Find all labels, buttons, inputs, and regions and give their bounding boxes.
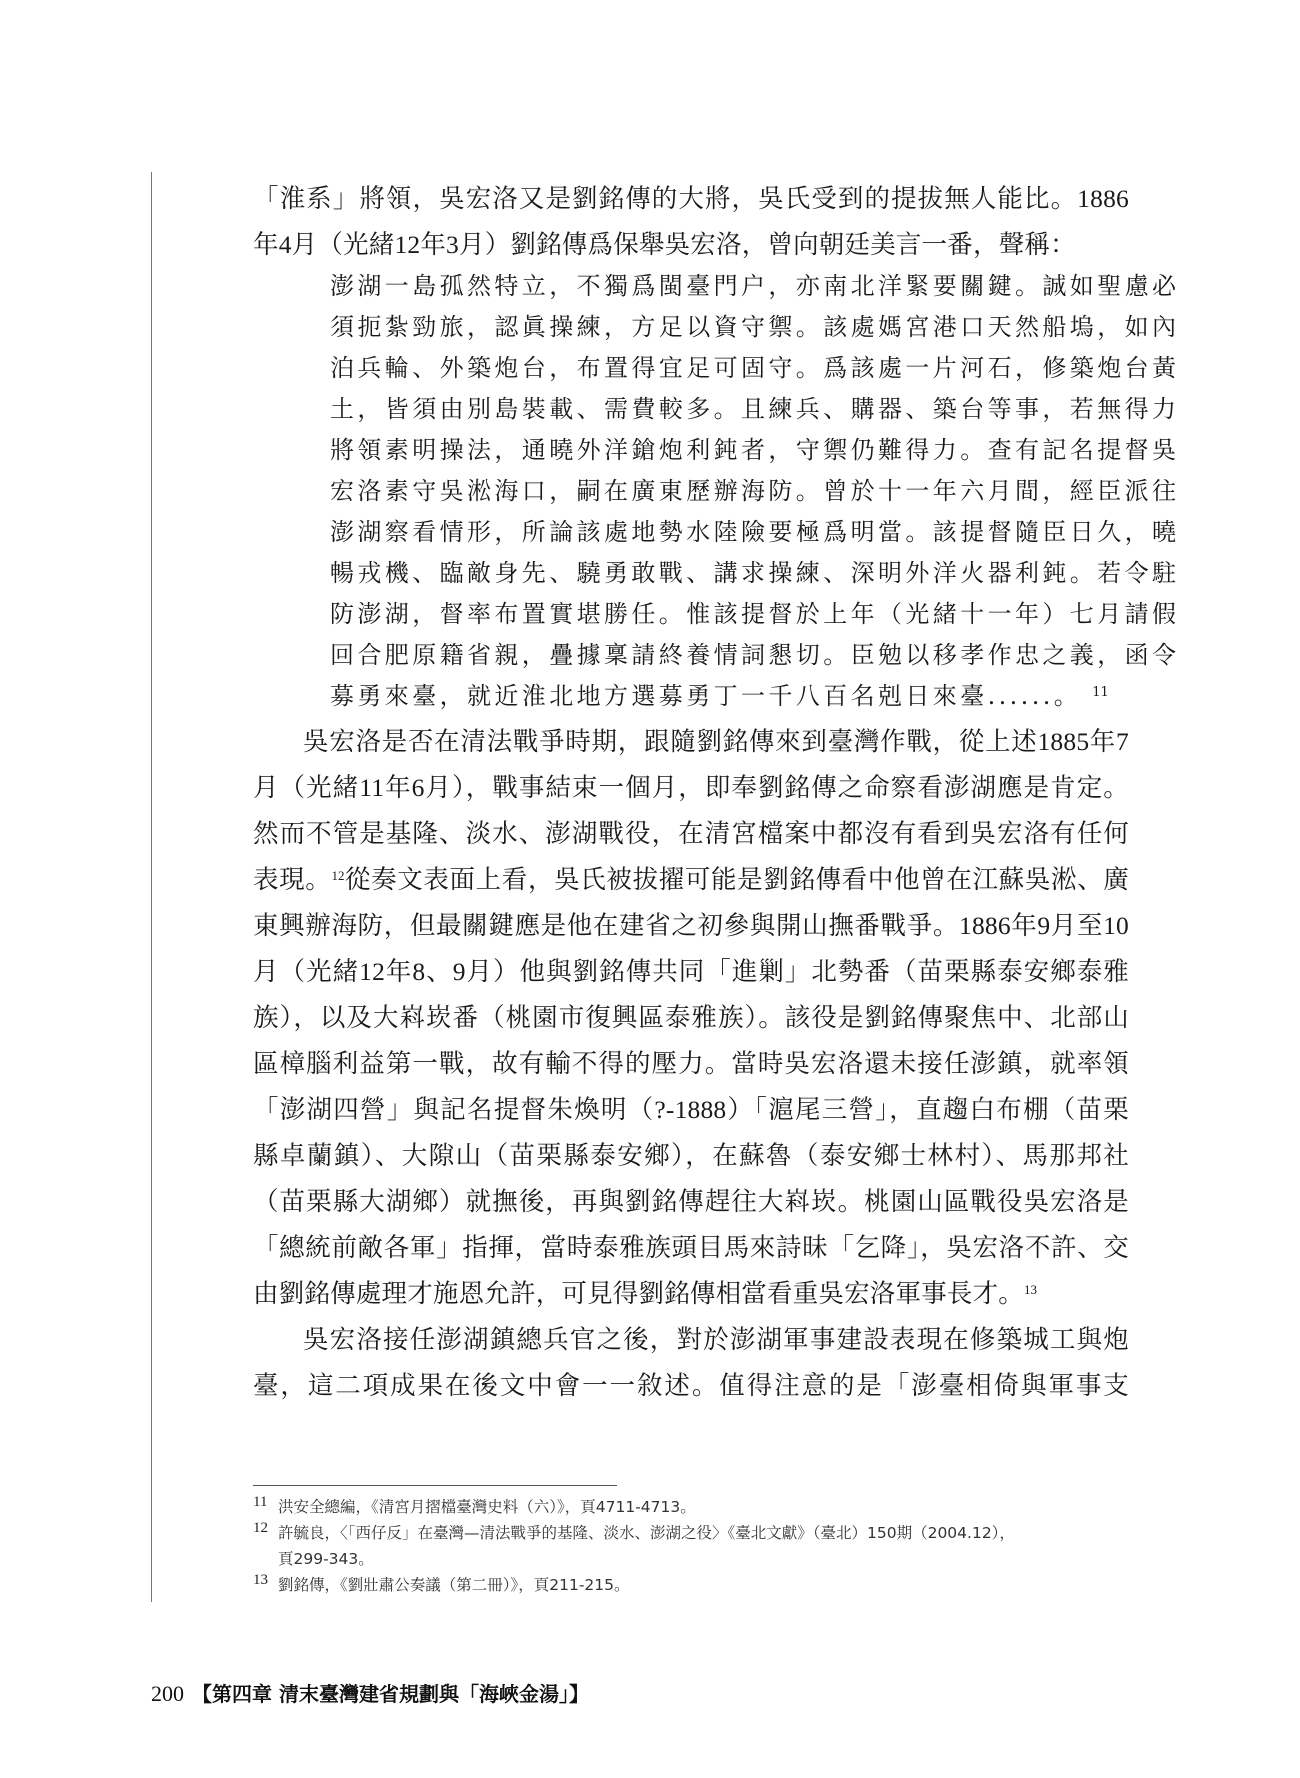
margin-rule [151, 172, 152, 1602]
quote-line: 澎湖一島孤然特立，不獨爲閩臺門户，亦南北洋緊要關鍵。誠如聖慮必 [330, 266, 1129, 307]
footnote-11: 11 洪安全總編，《清宮月摺檔臺灣史料（六）》，頁4711-4713。 [253, 1494, 1133, 1520]
running-footer: 200【第四章 清末臺灣建省規劃與「海峽金湯」】 [151, 1678, 589, 1707]
body-line: （苗栗縣大湖鄉）就撫後，再與劉銘傳趕往大嵙崁。桃園山區戰役吳宏洛是 [253, 1179, 1129, 1225]
footnote-text: 洪安全總編，《清宮月摺檔臺灣史料（六）》，頁4711-4713。 [278, 1498, 696, 1516]
footnote-12: 12 許毓良，〈「西仔反」在臺灣—清法戰爭的基隆、淡水、澎湖之役〉《臺北文獻》（… [253, 1520, 1133, 1572]
footnote-separator [253, 1485, 617, 1486]
footnote-13: 13 劉銘傳，《劉壯肅公奏議（第二冊）》，頁211-215。 [253, 1572, 1133, 1598]
quote-line: 宏洛素守吳淞海口，嗣在廣東歷辦海防。曾於十一年六月間，經臣派往 [330, 471, 1129, 512]
footnote-number: 12 [253, 1515, 268, 1541]
body-text: 由劉銘傳處理才施恩允許，可見得劉銘傳相當看重吳宏洛軍事長才。 [253, 1279, 1024, 1308]
quote-line: 澎湖察看情形，所論該處地勢水陸險要極爲明當。該提督隨臣日久，曉 [330, 512, 1129, 553]
body-line: 「澎湖四營」與記名提督朱煥明（?-1888）「滬尾三營」，直趨白布棚（苗栗 [253, 1087, 1129, 1133]
body-line: 縣卓蘭鎮）、大隙山（苗栗縣泰安鄉），在蘇魯（泰安鄉士林村）、馬那邦社 [253, 1133, 1129, 1179]
footnote-text: 許毓良，〈「西仔反」在臺灣—清法戰爭的基隆、淡水、澎湖之役〉《臺北文獻》（臺北）… [278, 1524, 1015, 1542]
body-line: 吳宏洛是否在清法戰爭時期，跟隨劉銘傳來到臺灣作戰，從上述1885年7 [253, 719, 1129, 765]
chapter-title: 【第四章 清末臺灣建省規劃與「海峽金湯」】 [192, 1682, 589, 1706]
body-text: 表現。 [253, 865, 331, 894]
body-line: 吳宏洛接任澎湖鎮總兵官之後，對於澎湖軍事建設表現在修築城工與炮 [253, 1317, 1129, 1363]
quote-line: 回合肥原籍省親，疊據稟請終養情詞懇切。臣勉以移孝作忠之義，函令 [330, 635, 1129, 676]
footnote-text: 劉銘傳，《劉壯肅公奏議（第二冊）》，頁211-215。 [278, 1576, 630, 1594]
page-number: 200 [151, 1681, 184, 1706]
body-line: 然而不管是基隆、淡水、澎湖戰役，在清宮檔案中都沒有看到吳宏洛有任何 [253, 811, 1129, 857]
body-line: 區樟腦利益第一戰，故有輸不得的壓力。當時吳宏洛還未接任澎鎮，就率領 [253, 1041, 1129, 1087]
body-line: 東興辦海防，但最關鍵應是他在建省之初參與開山撫番戰爭。1886年9月至10 [253, 903, 1129, 949]
body-line: 「淮系」將領，吳宏洛又是劉銘傳的大將，吳氏受到的提拔無人能比。1886 [253, 176, 1129, 222]
footnote-ref-12[interactable]: 12 [331, 868, 344, 883]
body-line: 由劉銘傳處理才施恩允許，可見得劉銘傳相當看重吳宏洛軍事長才。13 [253, 1271, 1129, 1317]
body-line: 臺，這二項成果在後文中會一一敘述。值得注意的是「澎臺相倚與軍事支 [253, 1363, 1129, 1409]
footnotes: 11 洪安全總編，《清宮月摺檔臺灣史料（六）》，頁4711-4713。 12 許… [253, 1494, 1133, 1598]
footnote-text-continuation: 頁299-343。 [278, 1550, 374, 1568]
body-line: 族），以及大嵙崁番（桃園市復興區泰雅族）。該役是劉銘傳聚焦中、北部山 [253, 995, 1129, 1041]
body-line: 「總統前敵各軍」指揮，當時泰雅族頭目馬來詩昧「乞降」，吳宏洛不許、交 [253, 1225, 1129, 1271]
quote-line: 須扼紮勁旅，認眞操練，方足以資守禦。該處媽宮港口天然船塢，如內 [330, 307, 1129, 348]
footnote-ref-13[interactable]: 13 [1024, 1282, 1037, 1297]
quote-line: 防澎湖，督率布置實堪勝任。惟該提督於上年（光緒十一年）七月請假 [330, 594, 1129, 635]
body-text: 從奏文表面上看，吳氏被拔擢可能是劉銘傳看中他曾在江蘇吳淞、廣 [344, 865, 1129, 894]
block-quote: 澎湖一島孤然特立，不獨爲閩臺門户，亦南北洋緊要關鍵。誠如聖慮必 須扼紮勁旅，認眞… [253, 266, 1129, 717]
page-body: 「淮系」將領，吳宏洛又是劉銘傳的大將，吳氏受到的提拔無人能比。1886 年4月（… [253, 176, 1129, 1409]
body-line: 月（光緒11年6月），戰事結束一個月，即奉劉銘傳之命察看澎湖應是肯定。 [253, 765, 1129, 811]
quote-line: 暢戎機、臨敵身先、驍勇敢戰、講求操練、深明外洋火器利鈍。若令駐 [330, 553, 1129, 594]
body-line: 月（光緒12年8、9月）他與劉銘傳共同「進剿」北勢番（苗栗縣泰安鄉泰雅 [253, 949, 1129, 995]
quote-text: 募勇來臺，就近淮北地方選募勇丁一千八百名剋日來臺......。 [330, 682, 1081, 710]
paragraph-1: 吳宏洛是否在清法戰爭時期，跟隨劉銘傳來到臺灣作戰，從上述1885年7 月（光緒1… [253, 719, 1129, 1317]
quote-line: 土，皆須由別島裝載、需費較多。且練兵、購器、築台等事，若無得力 [330, 389, 1129, 430]
footnote-ref-11[interactable]: 11 [1092, 685, 1109, 700]
quote-line: 募勇來臺，就近淮北地方選募勇丁一千八百名剋日來臺......。 11 [330, 676, 1129, 717]
footnote-number: 11 [253, 1489, 267, 1515]
footnote-number: 13 [253, 1567, 268, 1593]
quote-line: 泊兵輪、外築炮台，布置得宜足可固守。爲該處一片河石，修築炮台黃 [330, 348, 1129, 389]
quote-line: 將領素明操法，通曉外洋鎗炮利鈍者，守禦仍難得力。查有記名提督吳 [330, 430, 1129, 471]
body-line: 表現。12從奏文表面上看，吳氏被拔擢可能是劉銘傳看中他曾在江蘇吳淞、廣 [253, 857, 1129, 903]
paragraph-2: 吳宏洛接任澎湖鎮總兵官之後，對於澎湖軍事建設表現在修築城工與炮 臺，這二項成果在… [253, 1317, 1129, 1409]
body-line: 年4月（光緒12年3月）劉銘傳爲保舉吳宏洛，曾向朝廷美言一番，聲稱： [253, 222, 1129, 268]
